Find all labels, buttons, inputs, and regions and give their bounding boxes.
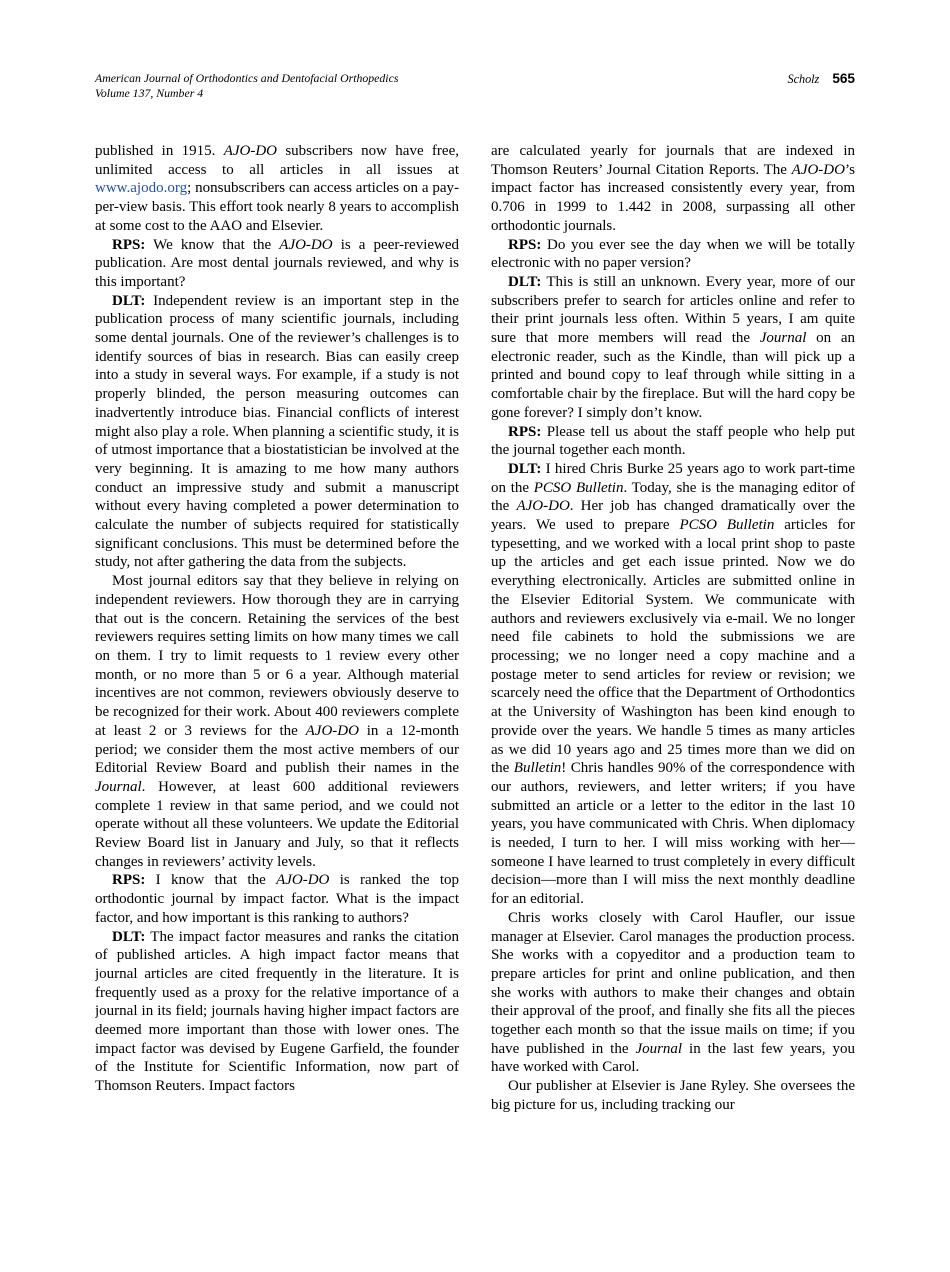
paragraph: RPS: Do you ever see the day when we wil… [491,236,855,273]
body-text: The impact factor measures and ranks the… [95,929,459,1095]
body-text: ! Chris handles 90% of the correspondenc… [491,760,855,907]
page-container: American Journal of Orthodontics and Den… [0,0,950,1272]
body-text: Do you ever see the day when we will be … [491,237,855,272]
speaker-label: DLT: [508,461,541,477]
ajodo-website-link[interactable]: www.ajodo.org [95,180,187,196]
running-head-right: Scholz 565 [787,71,855,87]
paragraph: are calculated yearly for journals that … [491,142,855,236]
body-text: Independent review is an important step … [95,293,459,571]
speaker-label: DLT: [112,929,145,945]
body-text: Our publisher at Elsevier is Jane Ryley.… [491,1078,855,1113]
column-right: are calculated yearly for journals that … [491,142,855,1182]
paragraph: DLT: This is still an unknown. Every yea… [491,273,855,423]
speaker-label: DLT: [508,274,541,290]
article-body: published in 1915. AJO-DO subscribers no… [95,142,855,1182]
body-text: I know that the [145,872,276,888]
journal-name: AJO-DO [276,872,329,888]
journal-name: Journal [760,330,807,346]
journal-name: Bulletin [514,760,562,776]
paragraph: Most journal editors say that they belie… [95,572,459,871]
paragraph: Our publisher at Elsevier is Jane Ryley.… [491,1077,855,1114]
body-text: Chris works closely with Carol Haufler, … [491,910,855,1057]
body-text: Most journal editors say that they belie… [95,573,459,739]
speaker-label: RPS: [508,237,541,253]
page-number: 565 [832,71,855,86]
speaker-label: RPS: [112,237,145,253]
body-text: We know that the [145,237,279,253]
journal-name: PCSO Bulletin [679,517,774,533]
paragraph: RPS: We know that the AJO-DO is a peer-r… [95,236,459,292]
running-head-left: American Journal of Orthodontics and Den… [95,71,398,100]
paragraph: RPS: I know that the AJO-DO is ranked th… [95,871,459,927]
paragraph: RPS: Please tell us about the staff peop… [491,423,855,460]
speaker-label: DLT: [112,293,145,309]
paragraph: DLT: The impact factor measures and rank… [95,928,459,1096]
paragraph: DLT: Independent review is an important … [95,292,459,573]
journal-page: { "header": { "journal_title": "American… [0,0,950,1272]
journal-name: AJO-DO [792,162,845,178]
column-left: published in 1915. AJO-DO subscribers no… [95,142,459,1182]
journal-name: Journal [635,1041,682,1057]
author-name: Scholz [787,72,819,87]
journal-name: AJO-DO [306,723,359,739]
paragraph: Chris works closely with Carol Haufler, … [491,909,855,1077]
journal-name: AJO-DO [279,237,332,253]
journal-name: AJO-DO [224,143,277,159]
journal-name: Journal [95,779,142,795]
volume-info: Volume 137, Number 4 [95,86,398,101]
journal-name: AJO-DO [516,498,569,514]
body-text: . However, at least 600 additional revie… [95,779,459,870]
body-text: published in 1915. [95,143,224,159]
speaker-label: RPS: [112,872,145,888]
paragraph: published in 1915. AJO-DO subscribers no… [95,142,459,236]
journal-title: American Journal of Orthodontics and Den… [95,71,398,86]
running-head: American Journal of Orthodontics and Den… [95,71,855,100]
body-text: Please tell us about the staff people wh… [491,424,855,459]
paragraph: DLT: I hired Chris Burke 25 years ago to… [491,460,855,909]
body-text: articles for typesetting, and we worked … [491,517,855,776]
journal-name: PCSO Bulletin [534,480,624,496]
speaker-label: RPS: [508,424,541,440]
